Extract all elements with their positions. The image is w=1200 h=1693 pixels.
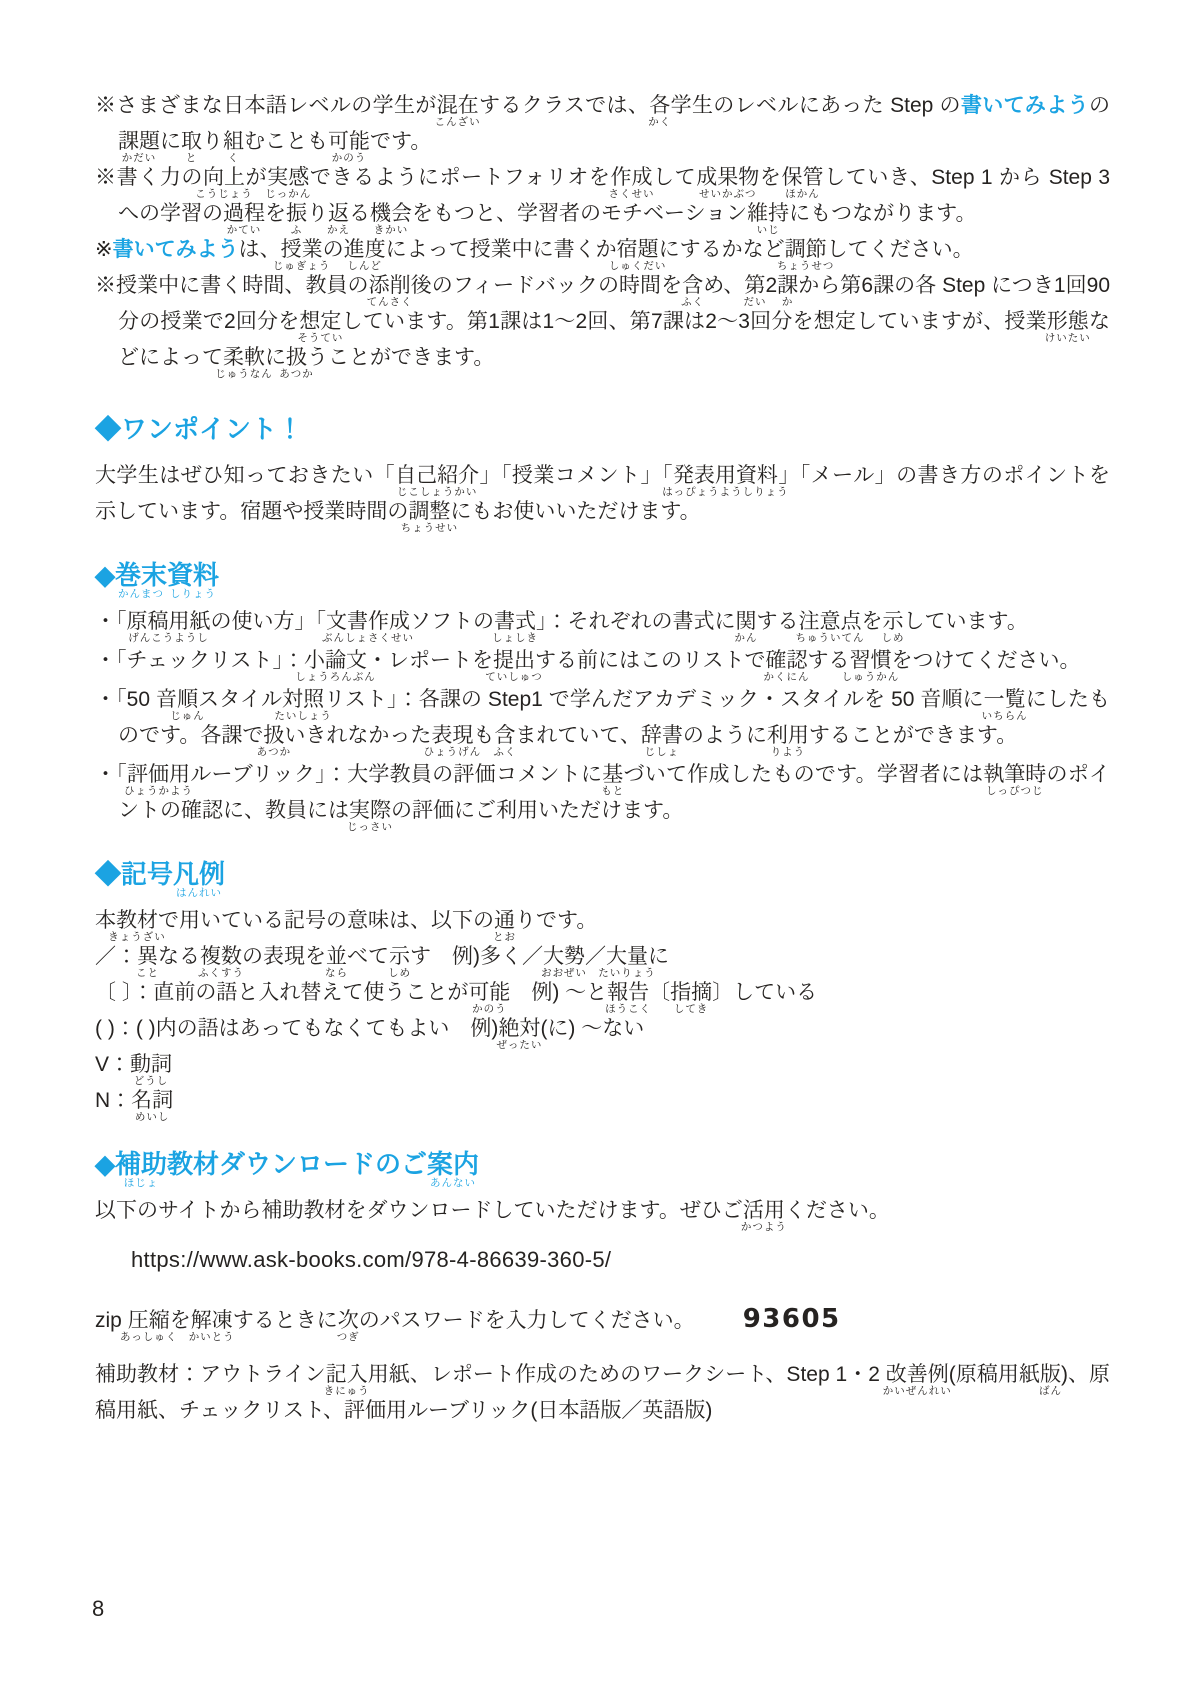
furigana: いじ (757, 225, 780, 236)
ruby-base: 作成さくせい (610, 167, 652, 188)
ruby-base: 実感じっかん (267, 167, 309, 188)
furigana: せいかぶつ (699, 189, 757, 200)
ruby-base: 並なら (326, 946, 347, 967)
text-run: ◆ワンポイント！ (95, 414, 303, 444)
ruby-text: 報告 (607, 981, 649, 1004)
para-hojo-kyozai-list: 補助教材：アウトライン記入きにゅう用紙、レポート作成のためのワークシート、Ste… (95, 1357, 1110, 1429)
furigana: かだい (122, 153, 157, 164)
zip-password-line: zip 圧縮あっしゅくを解凍かいとうするときに次つぎのパスワードを入力してくださ… (95, 1301, 1110, 1339)
furigana: じゅん (170, 711, 205, 722)
ruby-base: 保管ほかん (782, 167, 824, 188)
ruby-base: 示しめ (883, 611, 904, 632)
text-run: する (808, 649, 850, 672)
text-run: うことができます。 (307, 346, 494, 369)
ruby-text: 向上 (203, 166, 245, 189)
furigana: きょうざい (108, 932, 166, 943)
furigana: かく (648, 117, 671, 128)
heading-one-point: ◆ワンポイント！ (95, 412, 1110, 446)
furigana: ばん (1039, 1386, 1062, 1397)
furigana: かえ (327, 225, 350, 236)
furigana: かいぜんれい (883, 1386, 952, 1397)
furigana: そうてい (297, 333, 343, 344)
text-run: 教材ダウンロードのご (167, 1149, 427, 1179)
text-run: ください。 (785, 1199, 890, 1222)
ruby-text: 複数 (200, 945, 242, 968)
furigana: あつか (279, 369, 314, 380)
download-url: https://www.ask-books.com/978-4-86639-36… (131, 1245, 1110, 1275)
text-run: スタイル (198, 688, 282, 711)
ruby-text: 示 (389, 945, 410, 968)
ruby-base: 含ふく (494, 725, 515, 746)
text-run: ・「チェックリスト」： (95, 649, 304, 672)
text-run: りです。 (515, 909, 597, 932)
ruby-base: 大量たいりょう (606, 946, 648, 967)
text-run: に (160, 130, 181, 153)
text-run: 大学生はぜひ知っておきたい「 (95, 464, 395, 487)
para-one-point: 大学生はぜひ知っておきたい「自己紹介じこしょうかい」「授業コメント」「発表用資料… (95, 458, 1110, 530)
text-run: を (170, 1309, 191, 1332)
text-run: 本 (95, 909, 116, 932)
furigana: しめ (388, 968, 411, 979)
ruby-text: 実際 (349, 799, 391, 822)
furigana: かつよう (741, 1222, 787, 1233)
text-run: して (652, 166, 696, 189)
ruby-text: 混在 (437, 94, 479, 117)
ruby-base: 凡例はんれい (173, 861, 225, 887)
ruby-base: 注意点ちゅういてん (799, 611, 862, 632)
ruby-base: 調整ちょうせい (408, 501, 450, 522)
ruby-text: 宿題 (617, 238, 659, 261)
ruby-base: 補助ほじょ (115, 1151, 167, 1177)
ruby-text: 表現 (431, 724, 473, 747)
furigana: かん (735, 633, 758, 644)
ruby-text: 課 (777, 274, 798, 297)
furigana: じゅうなん (215, 369, 273, 380)
para-kigo-intro: 本教材きょうざいで用いている記号の意味は、以下の通とおりです。 (95, 903, 1110, 939)
ruby-text: 各 (649, 94, 670, 117)
ruby-base: 自己紹介じこしょうかい (395, 465, 479, 486)
furigana: してき (674, 1004, 709, 1015)
ruby-text: 並 (326, 945, 347, 968)
ruby-base: 報告ほうこく (607, 982, 649, 1003)
ruby-base: 通とお (494, 910, 515, 931)
ruby-base: 次つぎ (338, 1310, 359, 1331)
ruby-text: 書式 (494, 610, 536, 633)
ruby-base: 成果物せいかぶつ (696, 167, 759, 188)
furigana: かんまつ (118, 589, 164, 600)
ruby-base: 小論文しょうろんぶん (304, 650, 367, 671)
furigana: つぎ (337, 1332, 360, 1343)
furigana: りよう (771, 747, 806, 758)
ruby-base: 活用かつよう (743, 1200, 785, 1221)
ruby-text: 確認 (766, 649, 808, 672)
furigana: こんざい (435, 117, 481, 128)
furigana: きにゅう (324, 1386, 370, 1397)
text-run: 後のフィードバックの時間を (411, 274, 683, 297)
furigana: とお (493, 932, 516, 943)
text-run: 〕している (712, 981, 817, 1004)
furigana: こうじょう (195, 189, 253, 200)
furigana: しゅうかん (842, 672, 900, 683)
text-run: の (1089, 94, 1110, 117)
ruby-text: 含 (682, 274, 703, 297)
ruby-base: 形態けいたい (1047, 311, 1089, 332)
furigana: ふ (291, 225, 303, 236)
ruby-base: 名詞めいし (131, 1090, 173, 1111)
furigana: ぶんしょさくせい (322, 633, 414, 644)
ruby-text: 維持 (747, 202, 789, 225)
furigana: しんど (347, 261, 382, 272)
text-run: する前にはこのリストで (535, 649, 766, 672)
ruby-text: 振 (286, 202, 307, 225)
furigana: ふく (681, 297, 704, 308)
ruby-base: 文書作成ぶんしょさくせい (326, 611, 410, 632)
text-run: をつけてください。 (892, 649, 1081, 672)
ruby-base: 各かく (649, 95, 670, 116)
text-run: を (862, 610, 883, 633)
ruby-text: 提出 (493, 649, 535, 672)
ruby-base: 示しめ (389, 946, 410, 967)
ruby-base: 大勢おおぜい (543, 946, 585, 967)
text-run: を (265, 202, 286, 225)
text-run: しています。 (904, 610, 1028, 633)
furigana: かてい (227, 225, 262, 236)
ruby-text: 習慣 (850, 649, 892, 672)
text-run: り (202, 130, 223, 153)
text-run: が (245, 166, 267, 189)
furigana: しゅくだい (609, 261, 667, 272)
ruby-base: 混在こんざい (437, 95, 479, 116)
text-run: する (757, 610, 799, 633)
text-run: をもつと、学習者のモチベーション (412, 202, 747, 225)
ruby-text: 形態 (1047, 310, 1089, 333)
ruby-text: 可能 (468, 981, 510, 1004)
furigana: しりょう (170, 589, 216, 600)
furigana: たいしょう (274, 711, 332, 722)
text-run: ※授業中に書く時間、教員の (95, 274, 369, 297)
ruby-base: 一覧いちらん (984, 689, 1026, 710)
ruby-text: 教材 (116, 909, 158, 932)
text-run: ◆ (95, 1149, 115, 1179)
text-run: 用紙、レポート作成のためのワークシート、Step 1・2 (368, 1363, 886, 1386)
ruby-text: 示 (883, 610, 904, 633)
ruby-base: 扱あつか (263, 725, 284, 746)
text-run: 〔 (649, 981, 670, 1004)
ruby-base: 基もと (602, 764, 623, 785)
furigana: あんない (430, 1178, 476, 1189)
text-run: ( )：( )内の語はあってもなくてもよい 例) (95, 1017, 498, 1040)
furigana: じこしょうかい (397, 487, 478, 498)
text-run: 以下のサイトから補助教材をダウンロードしていただけます。ぜひご (95, 1199, 743, 1222)
furigana: なら (325, 968, 348, 979)
furigana: ほじょ (124, 1178, 159, 1189)
ruby-base: 柔軟じゅうなん (223, 347, 265, 368)
furigana: じゅぎょう (273, 261, 331, 272)
text-run: ・「 (95, 610, 127, 633)
furigana: はんれい (176, 888, 222, 899)
furigana: もと (601, 786, 624, 797)
text-run: ルーブリック」：大学教員の評価コメントに (190, 763, 602, 786)
text-run: ※書く力の (95, 166, 203, 189)
legend-noun: N：名詞めいし (95, 1083, 1110, 1119)
furigana: てんさく (367, 297, 413, 308)
ruby-text: 凡例 (173, 859, 225, 889)
text-run: のように (683, 724, 767, 747)
text-run: の使い方」「 (211, 610, 327, 633)
note-class-time: ※授業中に書く時間、教員の添削てんさく後のフィードバックの時間を含ふくめ、第だい… (95, 268, 1110, 376)
text-run: ・「50 音 (95, 688, 177, 711)
ruby-base: 利用りよう (767, 725, 809, 746)
textbook-page: ※さまざまな日本語レベルの学生が混在こんざいするクラスでは、各かく学生のレベルに… (0, 0, 1200, 1693)
text-run: いきれなかった (284, 724, 431, 747)
text-run: (に) 〜ない (540, 1017, 644, 1040)
bullet-genkoyoshi-shoshiki: ・「原稿用紙げんこうようしの使い方」「文書作成ぶんしょさくせいソフトの書式しょし… (95, 604, 1110, 640)
ruby-text: 指摘 (670, 981, 712, 1004)
text-run: によって授業中に書くか (386, 238, 617, 261)
ruby-base: 振ふ (286, 203, 307, 224)
ruby-text: 異 (137, 945, 158, 968)
text-run: 〔 〕：直前の語と入れ替えて使うことが (95, 981, 468, 1004)
furigana: じしょ (645, 747, 680, 758)
furigana: しょうろんぶん (295, 672, 376, 683)
ruby-base: 過程かてい (223, 203, 265, 224)
text-run: め、 (703, 274, 744, 297)
furigana: じっかん (265, 189, 311, 200)
legend-verb: V：動詞どうし (95, 1047, 1110, 1083)
ruby-base: 提出ていしゅつ (493, 650, 535, 671)
ruby-text: 作成 (610, 166, 652, 189)
ruby-text: 圧縮 (128, 1309, 170, 1332)
ruby-text: 解凍 (191, 1309, 233, 1332)
text-run: は、 (239, 238, 281, 261)
text-run: 補助教材：アウトライン (95, 1363, 326, 1386)
ruby-base: 執筆時しっぴつじ (983, 764, 1046, 785)
note-kaitemiyou-adjust: ※書いてみようは、授業じゅぎょうの進度しんどによって授業中に書くか宿題しゅくだい… (95, 232, 1110, 268)
furigana: さくせい (608, 189, 654, 200)
ruby-text: 関 (736, 610, 757, 633)
ruby-base: 記入きにゅう (326, 1364, 368, 1385)
furigana: ひょうげん (424, 747, 482, 758)
ruby-base: 課題かだい (118, 131, 160, 152)
ruby-base: 異こと (137, 946, 158, 967)
ruby-text: 可能 (328, 130, 370, 153)
ruby-text: 改善例 (886, 1363, 949, 1386)
text-run: のパスワードを入力してください。 (359, 1309, 695, 1332)
ruby-text: 辞書 (641, 724, 683, 747)
ruby-text: 柔軟 (223, 346, 265, 369)
legend-brackets: 〔 〕：直前の語と入れ替えて使うことが可能かのう 例) 〜と報告ほうこく〔指摘し… (95, 975, 1110, 1011)
text-run: の評価にご利用いただけます。 (391, 799, 683, 822)
furigana: ほうこく (605, 1004, 651, 1015)
furigana: ひょうかよう (124, 786, 193, 797)
ruby-text: 記入 (326, 1363, 368, 1386)
accent-text: 書いてみよう (961, 94, 1089, 117)
text-run: なる (158, 945, 200, 968)
text-run: できるようにポートフォリオを (309, 166, 610, 189)
ruby-base: 授業じゅぎょう (281, 239, 323, 260)
ruby-base: 可能かのう (328, 131, 370, 152)
ruby-text: 大量 (606, 945, 648, 968)
furigana: げんこうようし (128, 633, 209, 644)
furigana: たいりょう (598, 968, 656, 979)
accent-text: 書いてみよう (113, 238, 239, 261)
text-run: べて (347, 945, 389, 968)
ruby-base: 辞書じしょ (641, 725, 683, 746)
ruby-base: 取と (181, 131, 202, 152)
ruby-base: 宿題しゅくだい (617, 239, 659, 260)
text-run: まれていて、 (515, 724, 641, 747)
furigana: おおぜい (541, 968, 587, 979)
furigana: だい (743, 297, 766, 308)
bullet-checklist: ・「チェックリスト」：小論文しょうろんぶん・レポートを提出ていしゅつする前にはこ… (95, 643, 1110, 679)
text-run: ／： (95, 945, 137, 968)
furigana: ふく (493, 747, 516, 758)
text-run: することができます。 (809, 724, 1017, 747)
ruby-text: 次 (338, 1309, 359, 1332)
ruby-text: 通 (494, 909, 515, 932)
text-run: ／ (585, 945, 606, 968)
ruby-base: 含ふく (682, 275, 703, 296)
page-number: 8 (92, 1596, 104, 1622)
text-run: してください。 (827, 238, 974, 261)
ruby-base: 原稿用紙げんこうようし (127, 611, 211, 632)
text-run: に (265, 346, 286, 369)
ruby-text: 執筆時 (983, 763, 1046, 786)
ruby-text: 添削 (369, 274, 411, 297)
ruby-base: 発表用資料はっぴょうようしりょう (673, 465, 778, 486)
text-run: る (349, 202, 370, 225)
ruby-base: 複数ふくすう (200, 946, 242, 967)
text-run: で用いている記号の意味は、以下の (158, 909, 494, 932)
ruby-text: 第 (744, 274, 765, 297)
ruby-base: 向上こうじょう (203, 167, 245, 188)
ruby-text: 実感 (267, 166, 309, 189)
ruby-base: 機会きかい (370, 203, 412, 224)
ruby-text: 保管 (782, 166, 824, 189)
ruby-text: 発表用資料 (673, 464, 778, 487)
note-mixed-level-class: ※さまざまな日本語レベルの学生が混在こんざいするクラスでは、各かく学生のレベルに… (95, 88, 1110, 160)
text-run: の (323, 238, 344, 261)
bullet-hyouka-rubric: ・「評価用ひょうかようルーブリック」：大学教員の評価コメントに基もとづいて作成し… (95, 757, 1110, 829)
ruby-base: 版ばん (1040, 1364, 1061, 1385)
text-run: ※さまざまな日本語レベルの学生が (95, 94, 437, 117)
text-run: ・レポートを (367, 649, 493, 672)
ruby-text: 活用 (743, 1199, 785, 1222)
text-run: するクラスでは、 (479, 94, 650, 117)
ruby-base: 表現ひょうげん (431, 725, 473, 746)
ruby-base: 維持いじ (747, 203, 789, 224)
ruby-base: 可能かのう (468, 982, 510, 1003)
heading-download-guide: ◆補助ほじょ教材ダウンロードのご案内あんない (95, 1147, 1110, 1181)
ruby-base: 調節ちょうせつ (785, 239, 827, 260)
ruby-text: 原稿用紙 (127, 610, 211, 633)
ruby-text: 案内 (427, 1149, 479, 1179)
ruby-text: 課題 (118, 130, 160, 153)
furigana: じっさい (347, 822, 393, 833)
ruby-base: 第だい (744, 275, 765, 296)
ruby-base: 確認かくにん (766, 650, 808, 671)
text-run: するときに (233, 1309, 338, 1332)
ruby-base: 対照たいしょう (282, 689, 324, 710)
ruby-base: 習慣しゅうかん (850, 650, 892, 671)
text-run: 例) 〜と (510, 981, 607, 1004)
ruby-base: 課か (777, 275, 798, 296)
heading-kanmatsu-shiryo: ◆巻末かんまつ資料しりょう (95, 558, 1110, 592)
furigana: ちゅういてん (796, 633, 865, 644)
text-run: むことも (244, 130, 328, 153)
text-run: 」「授業コメント」「 (479, 464, 673, 487)
ruby-base: 指摘してき (670, 982, 712, 1003)
ruby-text: 一覧 (984, 688, 1026, 711)
ruby-base: 絶対ぜったい (498, 1018, 540, 1039)
text-run: です。 (370, 130, 431, 153)
furigana: ぜったい (497, 1040, 543, 1051)
text-run: す 例)多く／ (410, 945, 543, 968)
ruby-base: 順じゅん (177, 689, 198, 710)
text-run: 」：それぞれの書式に (536, 610, 736, 633)
furigana: しめ (882, 633, 905, 644)
text-run: ◆ (95, 560, 115, 590)
ruby-base: 扱あつか (286, 347, 307, 368)
ruby-text: 大勢 (543, 945, 585, 968)
ruby-base: 資料しりょう (167, 562, 219, 588)
furigana: かのう (472, 1004, 507, 1015)
text-run: ◆記号 (95, 859, 173, 889)
furigana: どうし (134, 1076, 169, 1087)
ruby-text: 返 (328, 202, 349, 225)
ruby-text: 注意点 (799, 610, 862, 633)
legend-slash: ／：異ことなる複数ふくすうの表現を並ならべて示しめす 例)多く／大勢おおぜい／大… (95, 939, 1110, 975)
ruby-text: 組 (223, 130, 244, 153)
text-run: 学生のレベルにあった Step の (670, 94, 961, 117)
furigana: かいとう (189, 1332, 235, 1343)
ruby-text: 想定 (299, 310, 341, 333)
text-run: を (759, 166, 781, 189)
ruby-text: 過程 (223, 202, 265, 225)
ruby-text: 自己紹介 (395, 464, 479, 487)
text-run: づいて作成したものです。学習者には (623, 763, 983, 786)
furigana: こと (136, 968, 159, 979)
text-run: 2 (765, 274, 777, 297)
text-run: にもお使いいただけます。 (450, 500, 700, 523)
ruby-text: 取 (181, 130, 202, 153)
ruby-text: 補助 (115, 1149, 167, 1179)
ruby-base: 圧縮あっしゅく (128, 1310, 170, 1331)
text-run: にするかなど (659, 238, 785, 261)
furigana: かくにん (764, 672, 810, 683)
furigana: ちょうせつ (777, 261, 835, 272)
text-run: リスト」：各課の Step1 で学んだアカデミック・スタイルを 50 音順に (324, 688, 984, 711)
text-run: に (648, 945, 669, 968)
ruby-text: 評価用 (127, 763, 190, 786)
ruby-base: 組く (223, 131, 244, 152)
bullet-50onjun-style-list: ・「50 音順じゅんスタイル対照たいしょうリスト」：各課の Step1 で学んだ… (95, 682, 1110, 754)
furigana: しょしき (492, 633, 538, 644)
text-run: しています。第1課は1〜2回、第7課は2〜3回分を想定していますが、授業 (341, 310, 1046, 333)
furigana: ほかん (785, 189, 820, 200)
furigana: か (782, 297, 794, 308)
ruby-text: 基 (602, 763, 623, 786)
text-run: にもつながります。 (789, 202, 976, 225)
ruby-base: 返かえ (328, 203, 349, 224)
ruby-text: 資料 (167, 560, 219, 590)
ruby-text: 利用 (767, 724, 809, 747)
furigana: ふくすう (198, 968, 244, 979)
ruby-base: 動詞どうし (130, 1054, 172, 1075)
furigana: けいたい (1045, 333, 1091, 344)
zip-password: 93605 (743, 1304, 841, 1334)
ruby-base: 教材きょうざい (116, 910, 158, 931)
